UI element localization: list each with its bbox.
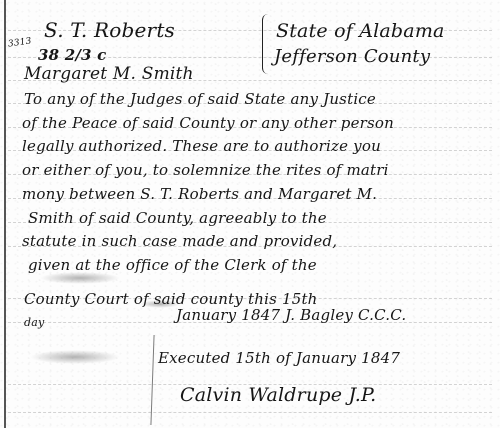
- justice-signature: Calvin Waldrupe J.P.: [180, 384, 376, 406]
- margin-note: 3313: [7, 36, 32, 49]
- body-line-4: or either of you, to solemnize the rites…: [22, 161, 389, 179]
- groom-name: S. T. Roberts: [44, 18, 175, 42]
- state-name: State of Alabama: [276, 20, 445, 42]
- county-name: Jefferson County: [274, 46, 430, 67]
- body-line-7: statute in such case made and provided,: [22, 232, 337, 250]
- ink-smudge: [30, 350, 120, 364]
- body-line-3: legally authorized. These are to authori…: [22, 137, 381, 155]
- ruled-line: [8, 412, 492, 413]
- issuance-day-label: day: [24, 316, 44, 329]
- body-line-6: Smith of said County, agreeably to the: [28, 209, 327, 227]
- scanned-document: 3313 S. T. Roberts 38 2/3 c Margaret M. …: [0, 0, 500, 428]
- body-line-2: of the Peace of said County or any other…: [22, 114, 394, 132]
- header-brace: [262, 14, 273, 74]
- body-line-5: mony between S. T. Roberts and Margaret …: [22, 185, 377, 203]
- execution-date: Executed 15th of January 1847: [158, 349, 400, 367]
- ink-smudge: [40, 272, 120, 284]
- body-line-1: To any of the Judges of said State any J…: [24, 90, 376, 108]
- left-margin-rule: [4, 0, 6, 428]
- bride-name: Margaret M. Smith: [24, 64, 194, 84]
- issuance-line-2: January 1847 J. Bagley C.C.C.: [176, 306, 406, 324]
- record-number: 38 2/3 c: [38, 46, 106, 64]
